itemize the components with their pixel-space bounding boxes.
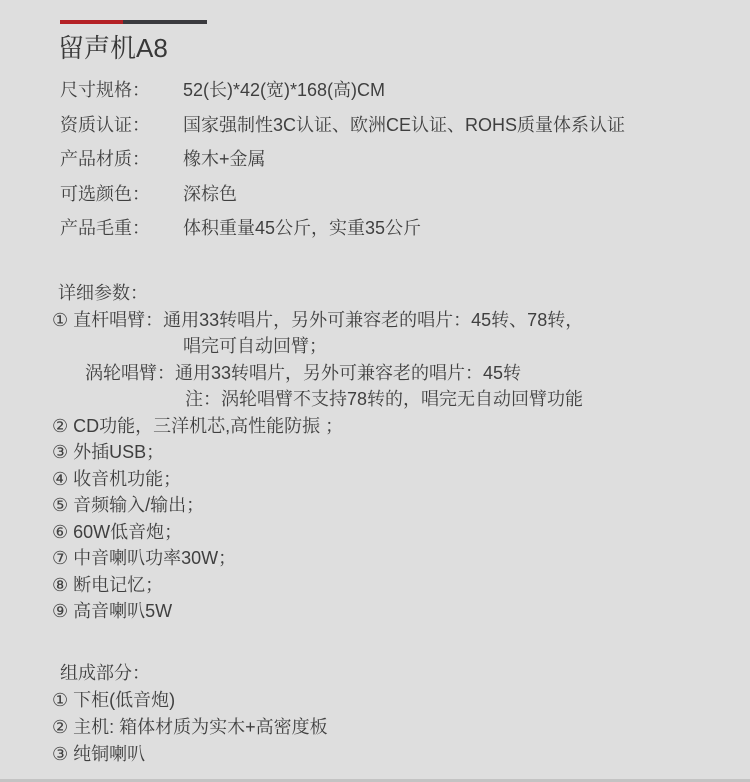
details-heading: 详细参数： [58, 280, 583, 307]
accent-bar-dark-segment [123, 20, 207, 24]
spec-row-material: 产品材质： 橡木+金属 [60, 141, 625, 176]
product-title: 留声机A8 [58, 33, 168, 63]
detail-line-turbo-arm: 涡轮唱臂：通用33转唱片，另外可兼容老的唱片：45转 [85, 360, 583, 387]
spec-row-color: 可选颜色： 深棕色 [60, 176, 625, 211]
accent-bar-red-segment [60, 20, 123, 24]
spec-label: 产品毛重： [60, 214, 183, 240]
detail-line-audio-io: ⑤ 音频输入/输出； [52, 492, 583, 519]
spec-row-certification: 资质认证： 国家强制性3C认证、欧洲CE认证、ROHS质量体系认证 [60, 107, 625, 142]
spec-table: 尺寸规格： 52(长)*42(宽)*168(高)CM 资质认证： 国家强制性3C… [60, 72, 625, 245]
detail-line-midrange: ⑦ 中音喇叭功率30W； [52, 545, 583, 572]
components-section: 组成部分： ① 下柜(低音炮) ② 主机: 箱体材质为实木+高密度板 ③ 纯铜喇… [52, 660, 328, 768]
spec-value: 深棕色 [183, 180, 237, 206]
detail-line-radio: ④ 收音机功能； [52, 466, 583, 493]
detail-line-usb: ③ 外插USB； [52, 439, 583, 466]
spec-value: 体积重量45公斤，实重35公斤 [183, 214, 421, 240]
detail-line-turbo-note: 注：涡轮唱臂不支持78转的，唱完无自动回臂功能 [185, 386, 583, 413]
spec-label: 尺寸规格： [60, 76, 183, 102]
spec-row-dimensions: 尺寸规格： 52(长)*42(宽)*168(高)CM [60, 72, 625, 107]
spec-label: 可选颜色： [60, 180, 183, 206]
component-item-cabinet: ① 下柜(低音炮) [52, 687, 328, 714]
spec-value: 国家强制性3C认证、欧洲CE认证、ROHS质量体系认证 [183, 111, 625, 137]
accent-bar [60, 20, 207, 24]
detail-line-subwoofer: ⑥ 60W低音炮； [52, 519, 583, 546]
spec-value: 橡木+金属 [183, 145, 266, 171]
product-spec-page: 留声机A8 尺寸规格： 52(长)*42(宽)*168(高)CM 资质认证： 国… [0, 0, 750, 782]
components-heading: 组成部分： [60, 660, 328, 687]
spec-label: 产品材质： [60, 145, 183, 171]
component-item-speaker: ③ 纯铜喇叭 [52, 741, 328, 768]
detail-line-memory: ⑧ 断电记忆； [52, 572, 583, 599]
spec-label: 资质认证： [60, 111, 183, 137]
details-section: 详细参数： ① 直杆唱臂：通用33转唱片，另外可兼容老的唱片：45转、78转， … [52, 280, 583, 625]
detail-line-cd: ② CD功能，三洋机芯,高性能防振 ； [52, 413, 583, 440]
detail-line-tonearm: ① 直杆唱臂：通用33转唱片，另外可兼容老的唱片：45转、78转， [52, 307, 583, 334]
detail-line-tonearm-cont: 唱完可自动回臂； [183, 333, 583, 360]
component-item-mainunit: ② 主机: 箱体材质为实木+高密度板 [52, 714, 328, 741]
spec-value: 52(长)*42(宽)*168(高)CM [183, 76, 385, 102]
spec-row-weight: 产品毛重： 体积重量45公斤，实重35公斤 [60, 210, 625, 245]
detail-line-tweeter: ⑨ 高音喇叭5W [52, 598, 583, 625]
